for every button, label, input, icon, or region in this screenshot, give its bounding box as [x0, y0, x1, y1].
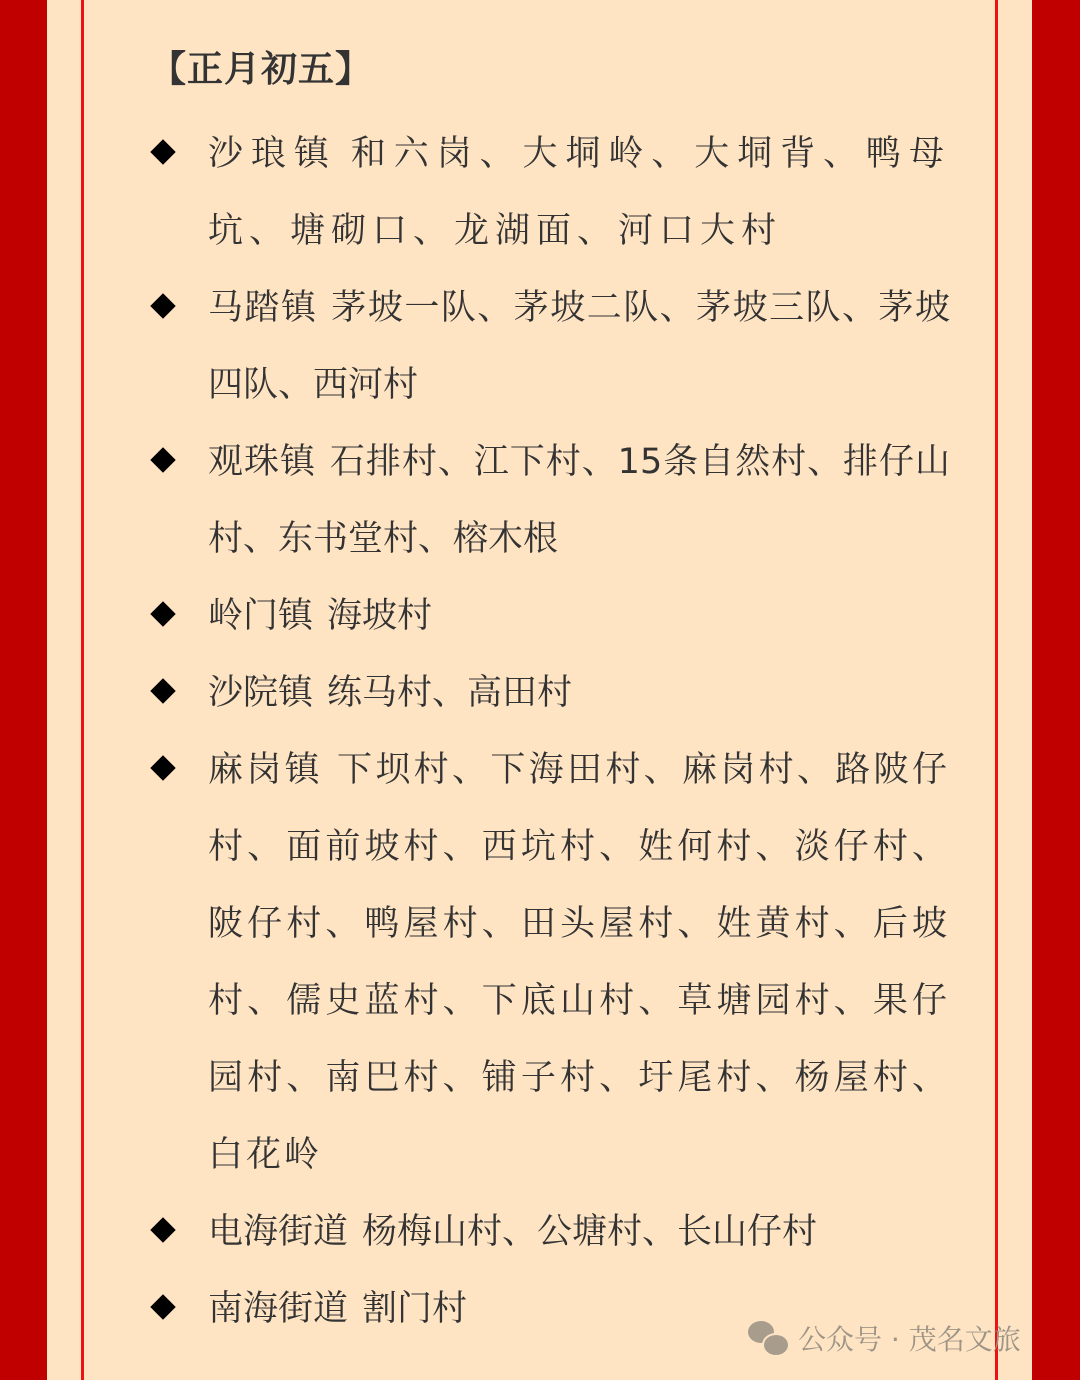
- village-list: 下坝村、下海田村、麻岗村、路陂仔村、面前坡村、西坑村、姓何村、淡仔村、陂仔村、鸭…: [208, 750, 950, 1175]
- town-name: 马踏镇: [208, 288, 317, 328]
- diamond-bullet-icon: [150, 1217, 175, 1242]
- village-list: 杨梅山村、公塘村、长山仔村: [362, 1212, 817, 1252]
- list-item: 马踏镇茅坡一队、茅坡二队、茅坡三队、茅坡四队、西河村: [150, 270, 950, 424]
- village-list: 海坡村: [327, 596, 432, 636]
- list-item: 沙琅镇和六岗、大垌岭、大垌背、鸭母坑、塘砌口、龙湖面、河口大村: [150, 116, 950, 270]
- town-name: 电海街道: [208, 1212, 348, 1252]
- town-name: 观珠镇: [208, 442, 316, 482]
- list-item: 沙院镇练马村、高田村: [150, 655, 950, 732]
- left-red-line: [81, 0, 84, 1380]
- village-list: 练马村、高田村: [327, 673, 572, 713]
- diamond-bullet-icon: [150, 447, 175, 472]
- town-name: 南海街道: [208, 1289, 348, 1329]
- diamond-bullet-icon: [150, 139, 175, 164]
- list-item: 岭门镇海坡村: [150, 578, 950, 655]
- town-name: 岭门镇: [208, 596, 313, 636]
- town-name: 沙院镇: [208, 673, 313, 713]
- diamond-bullet-icon: [150, 678, 175, 703]
- village-list: 割门村: [362, 1289, 467, 1329]
- diamond-bullet-icon: [150, 293, 175, 318]
- list-item: 电海街道杨梅山村、公塘村、长山仔村: [150, 1194, 950, 1271]
- watermark-text: 公众号 · 茂名文旅: [798, 1318, 1021, 1358]
- right-red-line: [995, 0, 998, 1380]
- diamond-bullet-icon: [150, 755, 175, 780]
- diamond-bullet-icon: [150, 601, 175, 626]
- village-list: 茅坡一队、茅坡二队、茅坡三队、茅坡四队、西河村: [208, 288, 950, 405]
- date-heading: 【正月初五】: [150, 40, 950, 100]
- list-item: 观珠镇石排村、江下村、15条自然村、排仔山村、东书堂村、榕木根: [150, 424, 950, 578]
- wechat-watermark: 公众号 · 茂名文旅: [748, 1318, 1021, 1358]
- wechat-icon: [748, 1319, 790, 1357]
- right-red-border: [1032, 0, 1080, 1380]
- town-name: 沙琅镇: [208, 134, 337, 174]
- town-name: 麻岗镇: [208, 750, 323, 790]
- diamond-bullet-icon: [150, 1294, 175, 1319]
- list-item: 麻岗镇下坝村、下海田村、麻岗村、路陂仔村、面前坡村、西坑村、姓何村、淡仔村、陂仔…: [150, 732, 950, 1194]
- schedule-content: 【正月初五】 沙琅镇和六岗、大垌岭、大垌背、鸭母坑、塘砌口、龙湖面、河口大村 马…: [150, 40, 950, 1348]
- village-list: 石排村、江下村、15条自然村、排仔山村、东书堂村、榕木根: [208, 442, 950, 559]
- left-red-border: [0, 0, 47, 1380]
